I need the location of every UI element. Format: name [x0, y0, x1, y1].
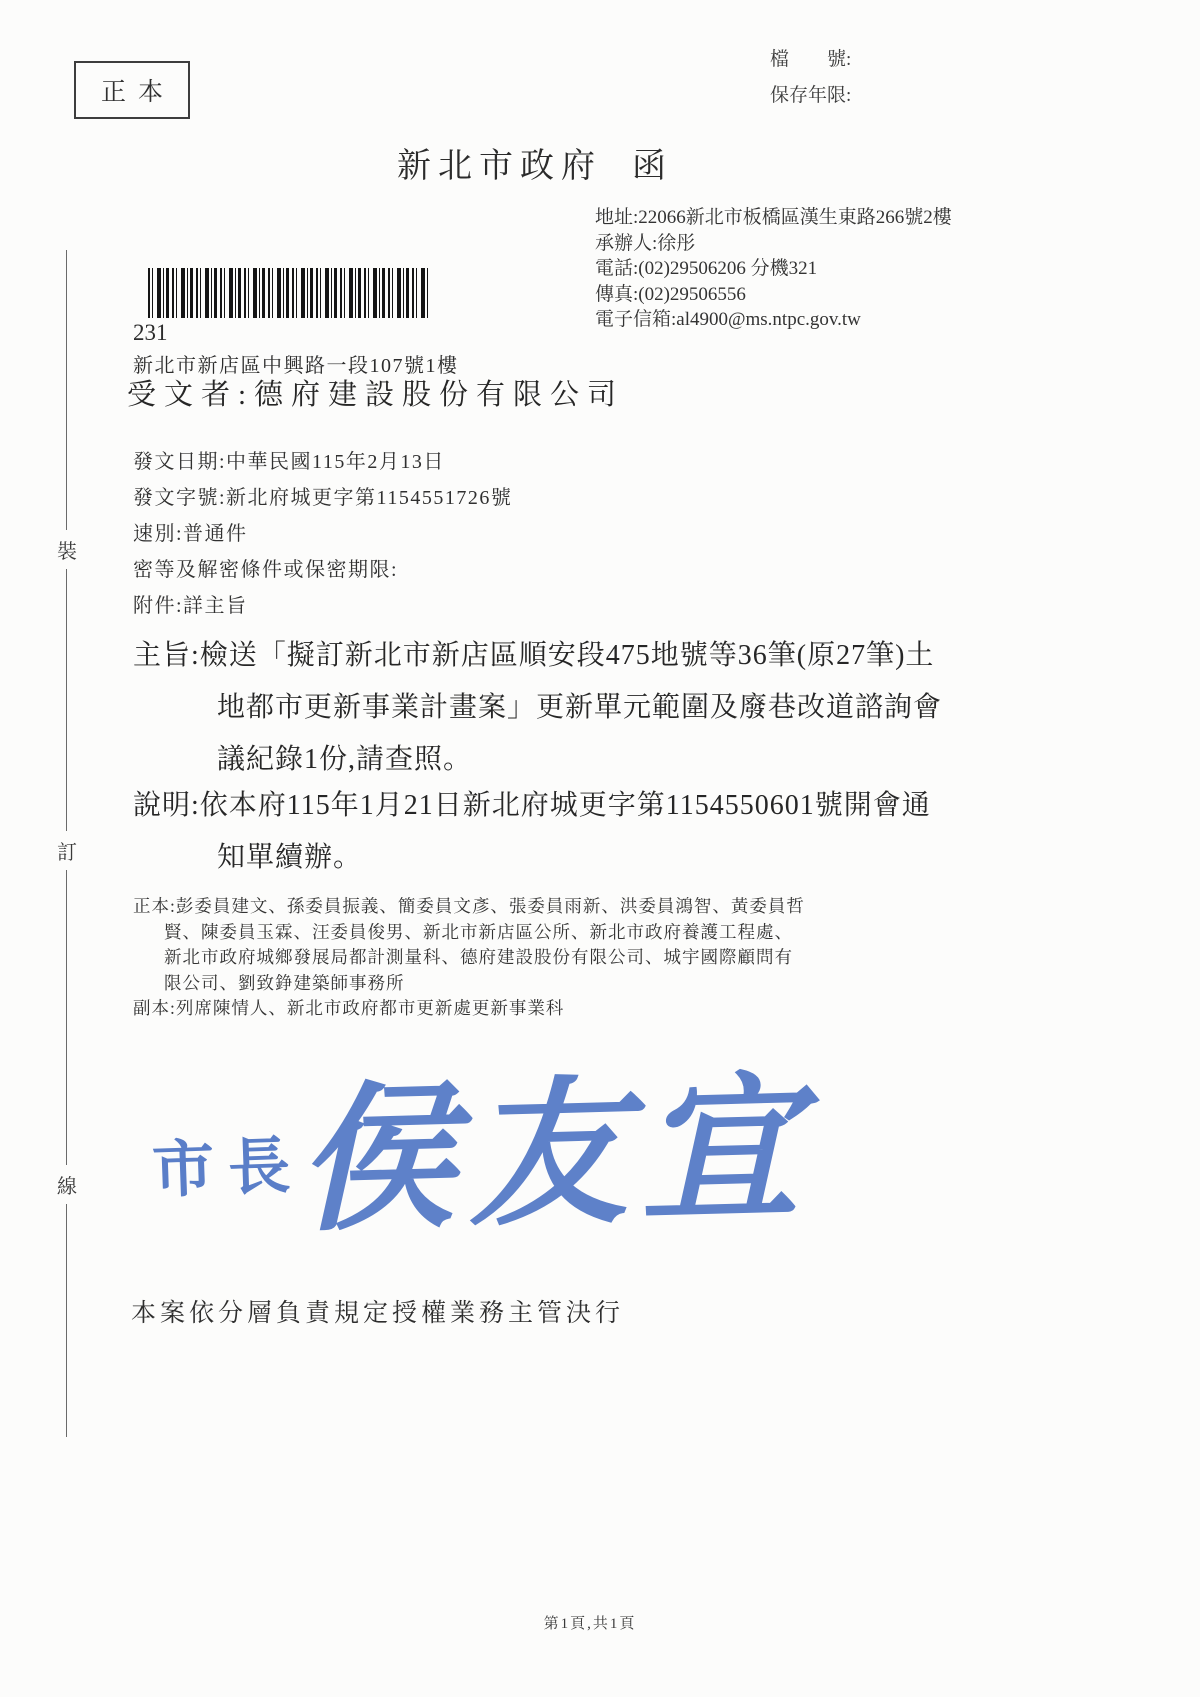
issue-date: 發文日期:中華民國115年2月13日	[133, 444, 512, 480]
original-recipients-line: 新北市政府城鄉發展局都計測量科、德府建設股份有限公司、城宇國際顧問有	[164, 945, 805, 971]
binding-label-xian: 線	[55, 1165, 79, 1204]
sender-info-block: 地址:22066新北市板橋區漢生東路266號2樓 承辦人:徐彤 電話:(02)2…	[595, 205, 952, 333]
mayor-title-stamp: 市長	[150, 1115, 305, 1209]
document-title: 新北市政府函	[0, 138, 1070, 187]
delegation-note: 本案依分層負責規定授權業務主管決行	[131, 1293, 624, 1329]
document-meta-block: 發文日期:中華民國115年2月13日 發文字號:新北府城更字第115455172…	[133, 444, 512, 624]
subject-line: 地都市更新事業計畫案」更新單元範圍及廢巷改道諮詢會	[217, 682, 942, 734]
title-doc-type: 函	[632, 148, 673, 185]
description-line: 知單續辦。	[217, 832, 931, 884]
subject-line: 主旨:檢送「擬訂新北市新店區順安段475地號等36筆(原27筆)土	[133, 630, 942, 682]
official-letter-page: 正本 檔 號: 保存年限: 新北市政府函 地址:22066新北市板橋區漢生東路2…	[0, 0, 1200, 1697]
original-recipients-line: 限公司、劉致錚建築師事務所	[164, 971, 805, 997]
copy-type-label: 正本	[89, 72, 175, 108]
subject-line: 議紀錄1份,請查照。	[217, 734, 942, 786]
copy-type-box: 正本	[74, 61, 190, 119]
sender-contact: 承辦人:徐彤	[595, 231, 952, 257]
barcode-number: 231	[133, 320, 168, 346]
subject-block: 主旨:檢送「擬訂新北市新店區順安段475地號等36筆(原27筆)土 地都市更新事…	[133, 630, 942, 786]
file-header: 檔 號: 保存年限:	[770, 42, 851, 114]
attachment-note: 附件:詳主旨	[133, 588, 512, 624]
sender-address: 地址:22066新北市板橋區漢生東路266號2樓	[595, 205, 952, 231]
description-block: 說明:依本府115年1月21日新北府城更字第1154550601號開會通 知單續…	[133, 780, 931, 884]
binding-label-zhuang: 裝	[55, 530, 79, 569]
retention-label: 保存年限:	[770, 78, 851, 114]
recipient-line: 受文者:德府建設股份有限公司	[127, 372, 624, 413]
security-class: 密等及解密條件或保密期限:	[133, 552, 512, 588]
title-org: 新北市政府	[397, 148, 602, 185]
binding-label-ding: 訂	[55, 831, 79, 870]
speed-class: 速別:普通件	[133, 516, 512, 552]
sender-email: 電子信箱:al4900@ms.ntpc.gov.tw	[595, 307, 952, 333]
issue-number: 發文字號:新北府城更字第1154551726號	[133, 480, 512, 516]
sender-fax: 傳真:(02)29506556	[595, 282, 952, 308]
mayor-name-stamp: 侯友宜	[293, 1021, 815, 1261]
original-recipients-line: 賢、陳委員玉霖、汪委員俊男、新北市新店區公所、新北市政府養護工程處、	[164, 920, 805, 946]
mailing-barcode	[148, 268, 430, 318]
page-number-footer: 第1頁,共1頁	[0, 1612, 1180, 1633]
sender-phone: 電話:(02)29506206 分機321	[595, 256, 952, 282]
distribution-block: 正本:彭委員建文、孫委員振義、簡委員文彥、張委員雨新、洪委員鴻智、黃委員哲 賢、…	[133, 894, 805, 1022]
description-line: 說明:依本府115年1月21日新北府城更字第1154550601號開會通	[133, 780, 931, 832]
copy-recipients-line: 副本:列席陳情人、新北市政府都市更新處更新事業科	[133, 996, 805, 1022]
file-no-label: 檔 號:	[770, 42, 851, 78]
original-recipients-line: 正本:彭委員建文、孫委員振義、簡委員文彥、張委員雨新、洪委員鴻智、黃委員哲	[133, 894, 805, 920]
